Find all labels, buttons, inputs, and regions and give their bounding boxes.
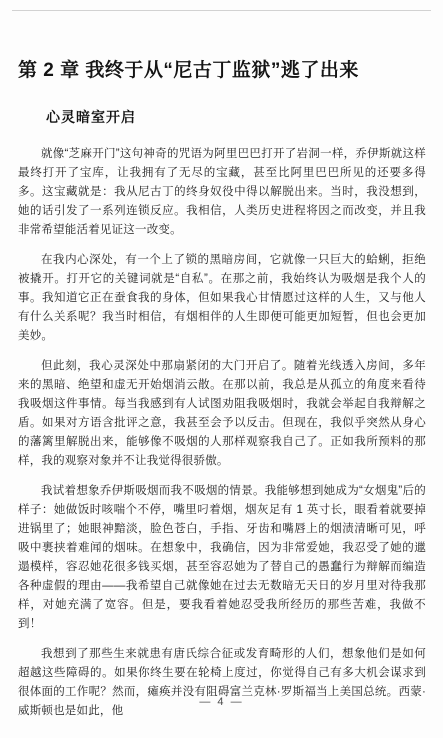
page-content: 第 2 章 我终于从“尼古丁监狱”逃了出来 心灵暗室开启 就像“芝麻开门”这句神… xyxy=(0,0,443,721)
page-number: — 4 — xyxy=(0,696,443,708)
paragraph: 但此刻，我心灵深处中那扇紧闭的大门开启了。随着光线透入房间，多年来的黑暗、绝望和… xyxy=(18,357,426,471)
paragraph: 就像“芝麻开门”这句神奇的咒语为阿里巴巴打开了岩洞一样，乔伊斯就这样最终打开了宝… xyxy=(18,145,426,240)
paragraph: 我想到了那些生来就患有唐氏综合征或发育畸形的人们，想象他们是如何超越这些障碍的。… xyxy=(18,645,426,721)
section-heading: 心灵暗室开启 xyxy=(18,108,426,126)
chapter-title: 第 2 章 我终于从“尼古丁监狱”逃了出来 xyxy=(18,58,426,84)
ebook-page: 第 2 章 我终于从“尼古丁监狱”逃了出来 心灵暗室开启 就像“芝麻开门”这句神… xyxy=(0,0,443,738)
header-divider xyxy=(12,10,431,11)
paragraph: 在我内心深处，有一个上了锁的黑暗房间，它就像一只巨大的蛤蜊，拒绝被撬开。打开它的… xyxy=(18,251,426,346)
paragraph: 我试着想象乔伊斯吸烟而我不吸烟的情景。我能够想到她成为“女烟鬼”后的样子：她做饭… xyxy=(18,482,426,634)
paragraphs: 就像“芝麻开门”这句神奇的咒语为阿里巴巴打开了岩洞一样，乔伊斯就这样最终打开了宝… xyxy=(18,145,426,721)
